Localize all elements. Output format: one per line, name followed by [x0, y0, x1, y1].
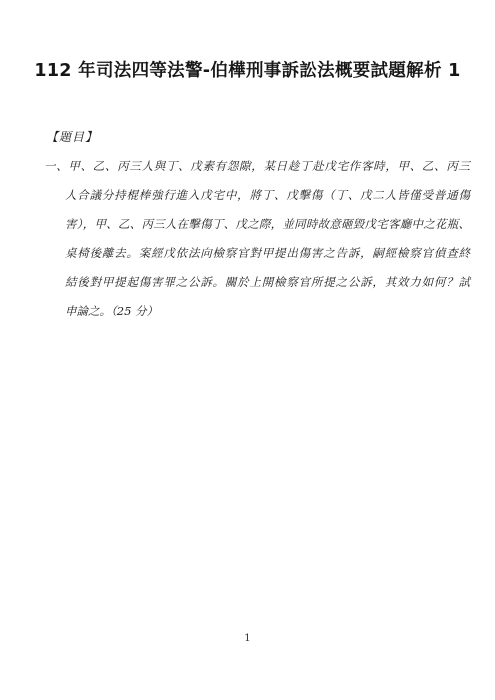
page-number: 1 [0, 632, 495, 644]
document-page: 112 年司法四等法警-伯樺刑事訴訟法概要試題解析 1 【題目】 一、甲、乙、丙… [0, 0, 495, 700]
question-line-4: 桌椅後離去。案經戊依法向檢察官對甲提出傷害之告訴，嗣經檢察官偵查終 [65, 239, 470, 268]
question-line-2: 人合議分持棍棒強行進入戊宅中，將丁、戊擊傷（丁、戊二人皆僅受普通傷 [65, 181, 470, 210]
page-title: 112 年司法四等法警-伯樺刑事訴訟法概要試題解析 1 [0, 0, 495, 83]
section-label-question: 【題目】 [46, 123, 470, 152]
question-block: 一、甲、乙、丙三人與丁、戊素有怨隙，某日趁丁赴戊宅作客時，甲、乙、丙三 人合議分… [65, 152, 470, 326]
question-line-5: 結後對甲提起傷害罪之公訴。關於上開檢察官所提之公訴，其效力如何？試 [65, 268, 470, 297]
question-line-1: 一、甲、乙、丙三人與丁、戊素有怨隙，某日趁丁赴戊宅作客時，甲、乙、丙三 [65, 152, 470, 181]
question-line-6: 申論之。（25 分） [65, 297, 470, 326]
question-line-3: 害），甲、乙、丙三人在擊傷丁、戊之際，並同時故意砸毀戊宅客廳中之花瓶、 [65, 210, 470, 239]
